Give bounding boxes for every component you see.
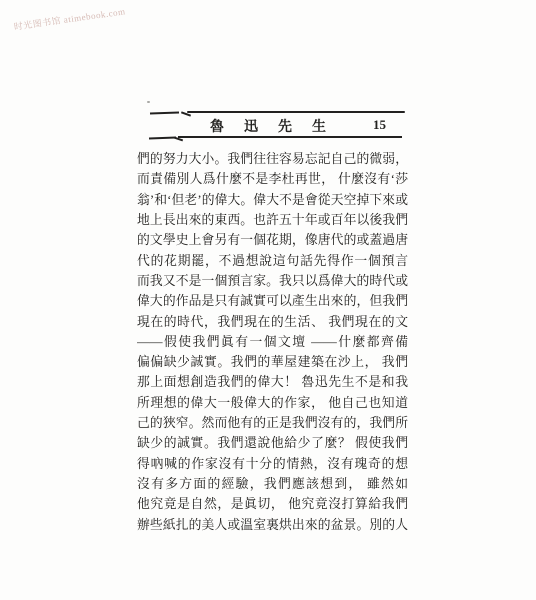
- text-line: ——假使我們眞有一個文壇 ——什麼都齊備了，: [137, 332, 408, 352]
- page-number: 15: [373, 117, 386, 133]
- header-rule-top-left: [150, 111, 179, 114]
- body-text-block: 們的努力大小。我們往往容易忘記自己的微弱，而責備別人爲什麼不是李杜再世， 什麼沒…: [137, 149, 408, 535]
- text-line: 的文學史上會另有一個花期，像唐代的或蓋過唐: [137, 230, 408, 250]
- text-line: 翁’和‘但老’的偉大。偉大不是會從天空掉下來或: [137, 190, 408, 210]
- running-header-title: 魯迅先生: [210, 116, 346, 136]
- text-line: 代的花期罷，不過想說這句話先得作一個預言家，: [137, 251, 408, 271]
- header-rule-bottom-left: [149, 137, 176, 140]
- text-line: 所理想的偉大一般偉大的作家， 他自己也知道自: [137, 393, 408, 413]
- text-line: 沒有多方面的經驗，我們應該想到， 雖然如此，: [137, 474, 408, 494]
- text-line: 得吶喊的作家沒有十分的情熱，沒有瑰奇的想像，: [137, 454, 408, 474]
- scanned-book-page: 时光图书馆 atimebook.com 魯迅先生 15 們的努力大小。我們往往容…: [0, 0, 536, 600]
- print-speck: [147, 101, 150, 103]
- text-line: 辦些紙扎的美人或溫室裏烘出來的盆景。別的人: [137, 515, 408, 535]
- text-line: 缺少的誠實。我們還說他給少了麼？ 假使我們覺: [137, 433, 408, 453]
- header-rule-top: [187, 111, 405, 113]
- text-line: 而責備別人爲什麼不是李杜再世， 什麼沒有‘莎: [137, 169, 408, 189]
- text-line: 而我又不是一個預言家。我只以爲偉大的時代或: [137, 271, 408, 291]
- text-line: 他究竟是自然，是眞切， 他究竟沒打算給我們備: [137, 494, 408, 514]
- text-line: 地上長出來的東西。也許五十年或百年以後我們: [137, 210, 408, 230]
- header-rule-bottom: [178, 136, 402, 138]
- text-line: 那上面想創造我們的偉大！ 魯迅先生不是和我們: [137, 372, 408, 392]
- text-line: 偉大的作品是只有誠實可以產生出來的，但我們: [137, 291, 408, 311]
- text-line: 現在的時代，我們現在的生活、 我們現在的文壇: [137, 312, 408, 332]
- text-line: 己的狹窄。然而他有的正是我們沒有的，我們所: [137, 413, 408, 433]
- library-watermark: 时光图书馆 atimebook.com: [13, 4, 126, 33]
- text-line: 們的努力大小。我們往往容易忘記自己的微弱，: [137, 149, 408, 169]
- text-line: 偏偏缺少誠實。我們的華屋建築在沙上， 我們在: [137, 352, 408, 372]
